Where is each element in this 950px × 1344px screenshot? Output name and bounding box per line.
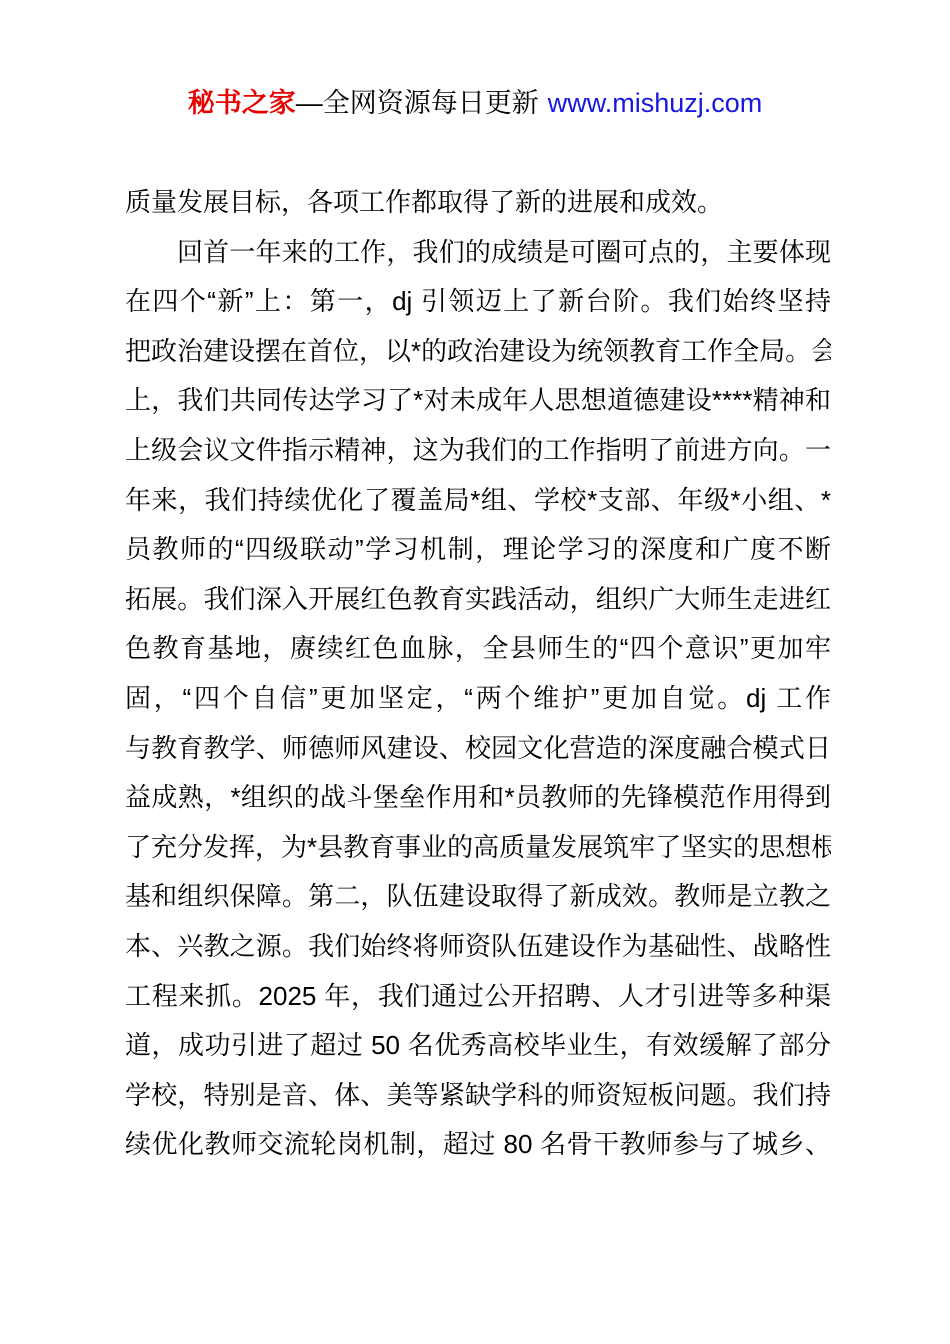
text-line: 把政治建设摆在首位，以*的政治建设为统领教育工作全局。会 <box>125 327 831 377</box>
text-line: 学校，特别是音、体、美等紧缺学科的师资短板问题。我们持 <box>125 1071 831 1121</box>
text-line: 色教育基地，赓续红色血脉，全县师生的“四个意识”更加牢 <box>125 624 831 674</box>
text-line: 工程来抓。2025 年，我们通过公开招聘、人才引进等多种渠 <box>125 972 831 1022</box>
text-line: 益成熟，*组织的战斗堡垒作用和*员教师的先锋模范作用得到 <box>125 773 831 823</box>
text-line: 质量发展目标，各项工作都取得了新的进展和成效。 <box>125 178 831 228</box>
site-header: 秘书之家—全网资源每日更新www.mishuzj.com <box>0 88 950 118</box>
header-url-link[interactable]: www.mishuzj.com <box>548 88 763 118</box>
text-line: 拓展。我们深入开展红色教育实践活动，组织广大师生走进红 <box>125 575 831 625</box>
text-line: 道，成功引进了超过 50 名优秀高校毕业生，有效缓解了部分 <box>125 1021 831 1071</box>
header-separator: — <box>296 88 323 118</box>
text-line: 基和组织保障。第二，队伍建设取得了新成效。教师是立教之 <box>125 872 831 922</box>
document-text: 质量发展目标，各项工作都取得了新的进展和成效。 回首一年来的工作，我们的成绩是可… <box>125 178 831 1170</box>
text-line: 续优化教师交流轮岗机制，超过 80 名骨干教师参与了城乡、 <box>125 1120 831 1170</box>
text-line: 本、兴教之源。我们始终将师资队伍建设作为基础性、战略性 <box>125 922 831 972</box>
text-line: 年来，我们持续优化了覆盖局*组、学校*支部、年级*小组、* <box>125 476 831 526</box>
text-line: 回首一年来的工作，我们的成绩是可圈可点的，主要体现 <box>125 228 831 278</box>
header-tagline: 全网资源每日更新 <box>323 88 539 118</box>
text-line: 与教育教学、师德师风建设、校园文化营造的深度融合模式日 <box>125 724 831 774</box>
site-brand: 秘书之家 <box>188 88 296 118</box>
document-page: 秘书之家—全网资源每日更新www.mishuzj.com 质量发展目标，各项工作… <box>0 0 950 1344</box>
text-line: 了充分发挥，为*县教育事业的高质量发展筑牢了坚实的思想根 <box>125 823 831 873</box>
text-line: 上，我们共同传达学习了*对未成年人思想道德建设****精神和 <box>125 376 831 426</box>
text-line: 固，“四个自信”更加坚定，“两个维护”更加自觉。dj 工作 <box>125 674 831 724</box>
text-line: 员教师的“四级联动”学习机制，理论学习的深度和广度不断 <box>125 525 831 575</box>
text-line: 上级会议文件指示精神，这为我们的工作指明了前进方向。一 <box>125 426 831 476</box>
text-line: 在四个“新”上：第一，dj 引领迈上了新台阶。我们始终坚持 <box>125 277 831 327</box>
